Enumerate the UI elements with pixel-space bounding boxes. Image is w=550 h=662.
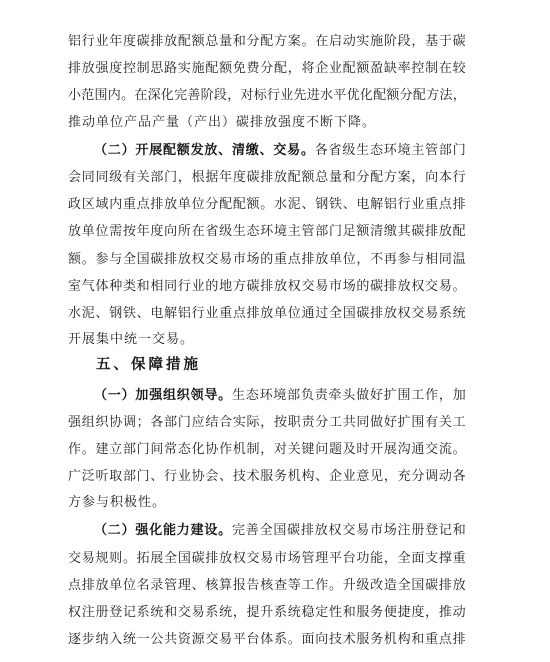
text-run: 易 bbox=[219, 628, 232, 647]
text-run: 交 bbox=[411, 302, 424, 321]
bold-text-run: 、 bbox=[260, 139, 273, 158]
text-run: 分 bbox=[400, 84, 413, 103]
text-run: 支 bbox=[425, 547, 438, 566]
text-run: 先 bbox=[294, 84, 307, 103]
text-run: 推 bbox=[439, 601, 452, 620]
text-run: 管 bbox=[301, 220, 314, 239]
text-run: 态 bbox=[370, 139, 383, 158]
text-line: 室气体种类和相同行业的地方碳排放权交易市场的碳排放权交易。 bbox=[68, 271, 466, 298]
text-run: 业 bbox=[205, 302, 218, 321]
text-run: 环 bbox=[384, 139, 397, 158]
text-run: 好 bbox=[384, 411, 397, 430]
text-run: 。 bbox=[260, 193, 273, 212]
text-run: 所 bbox=[178, 220, 191, 239]
text-run: 总 bbox=[205, 30, 218, 49]
text-line: 点排放单位名录管理、核算报告核查等工作。升级改造全国碳排放 bbox=[68, 570, 466, 597]
text-run: 。 bbox=[453, 438, 466, 457]
text-run: 拓 bbox=[137, 547, 150, 566]
text-run: 题 bbox=[329, 438, 342, 457]
text-run: 工 bbox=[301, 574, 314, 593]
text-run: 水 bbox=[274, 193, 287, 212]
text-run: 种 bbox=[109, 275, 122, 294]
text-run: 制 bbox=[137, 57, 150, 76]
text-run: 系 bbox=[274, 601, 287, 620]
text-run: 放 bbox=[398, 275, 411, 294]
text-run: 管 bbox=[164, 574, 177, 593]
text-run: 逐 bbox=[68, 628, 81, 647]
text-run: ， bbox=[384, 547, 397, 566]
text-run: 系 bbox=[274, 628, 287, 647]
text-run: 方 bbox=[233, 275, 246, 294]
text-run: 核 bbox=[205, 574, 218, 593]
text-run: 泥 bbox=[82, 302, 95, 321]
text-run: 。 bbox=[123, 547, 136, 566]
document-page: 铝行业年度碳排放配额总量和分配方案。在启动实施阶段，基于碳排放强度控制思路实施配… bbox=[0, 0, 550, 662]
text-run: 段 bbox=[398, 30, 411, 49]
text-run: 工 bbox=[329, 411, 342, 430]
text-line: 强组织协调；各部门应结合实际，按职责分工共同做好扩围有关工 bbox=[68, 407, 466, 434]
text-run: 解 bbox=[370, 193, 383, 212]
bold-text-run: 易 bbox=[287, 139, 300, 158]
text-run: 铝 bbox=[68, 30, 81, 49]
text-run: 完 bbox=[232, 519, 245, 538]
text-run: 放 bbox=[315, 248, 328, 267]
text-run: 向 bbox=[425, 166, 438, 185]
text-run: 提 bbox=[247, 601, 260, 620]
text-run: 温 bbox=[453, 248, 466, 267]
text-run: 思 bbox=[150, 57, 163, 76]
text-run: 铝 bbox=[384, 193, 397, 212]
text-run: 范 bbox=[81, 84, 94, 103]
bold-text-run: 一 bbox=[108, 384, 121, 403]
text-run: 面 bbox=[411, 547, 424, 566]
text-run: 交 bbox=[205, 248, 218, 267]
text-run: 内 bbox=[109, 193, 122, 212]
text-run: 织 bbox=[95, 411, 108, 430]
text-run: 、 bbox=[137, 302, 150, 321]
text-run: 分 bbox=[260, 57, 273, 76]
text-run: 业 bbox=[178, 465, 191, 484]
text-run: 位 bbox=[343, 248, 356, 267]
text-line: 额。参与全国碳排放权交易市场的重点排放单位，不再参与相同温 bbox=[68, 244, 466, 271]
text-run: 费 bbox=[247, 57, 260, 76]
text-run: 相 bbox=[425, 248, 438, 267]
text-run: 度 bbox=[233, 166, 246, 185]
text-run: 方 bbox=[426, 84, 439, 103]
text-run: 服 bbox=[356, 628, 369, 647]
text-run: 额 bbox=[356, 57, 369, 76]
text-run: 升 bbox=[343, 574, 356, 593]
text-run: 便 bbox=[384, 601, 397, 620]
text-run: 部 bbox=[164, 411, 177, 430]
text-run: 额 bbox=[301, 166, 314, 185]
bold-text-run: ） bbox=[122, 384, 135, 403]
text-run: 分 bbox=[205, 193, 218, 212]
text-line: 水泥、钢铁、电解铝行业重点排放单位通过全国碳排放权交易系统 bbox=[68, 298, 466, 325]
text-line: （二）强化能力建设。完善全国碳排放权交易市场注册登记和 bbox=[68, 515, 466, 542]
text-run: 协 bbox=[192, 465, 205, 484]
text-run: 源 bbox=[192, 628, 205, 647]
text-run: 交 bbox=[178, 601, 191, 620]
text-run: ， bbox=[227, 84, 240, 103]
text-run: 权 bbox=[288, 275, 301, 294]
text-run: 行 bbox=[453, 166, 466, 185]
text-run: 地 bbox=[219, 275, 232, 294]
text-line: 会同同级有关部门，根据年度碳排放配额总量和分配方案，向本行 bbox=[68, 162, 466, 189]
text-run: 业 bbox=[95, 30, 108, 49]
text-run: 动 bbox=[453, 601, 466, 620]
text-run: 基 bbox=[425, 30, 438, 49]
text-run: 作 bbox=[425, 384, 438, 403]
text-run: ， bbox=[411, 30, 424, 49]
text-line: 政区域内重点排放单位分配配额。水泥、钢铁、电解铝行业重点排 bbox=[68, 189, 466, 216]
text-run: 配 bbox=[219, 193, 232, 212]
text-run: 统 bbox=[123, 628, 136, 647]
text-run: 际 bbox=[247, 411, 260, 430]
bold-text-run: 、 bbox=[218, 139, 231, 158]
text-run: 方 bbox=[274, 30, 287, 49]
text-run: 务 bbox=[370, 628, 383, 647]
text-run: 行 bbox=[398, 193, 411, 212]
text-line: 交易规则。拓展全国碳排放权交易市场管理平台功能，全面支撑重 bbox=[68, 543, 466, 570]
text-run: 和 bbox=[453, 519, 466, 538]
text-run: 机 bbox=[233, 438, 246, 457]
text-run: 、 bbox=[219, 465, 232, 484]
section-heading: 五、保障措施 bbox=[68, 352, 466, 379]
text-run: 排 bbox=[150, 193, 163, 212]
text-run: 重 bbox=[425, 193, 438, 212]
text-run: 配 bbox=[373, 84, 386, 103]
text-run: 根 bbox=[192, 166, 205, 185]
text-run: 推动单位产品产量（产出）碳排放强度不断下降。 bbox=[68, 114, 376, 129]
text-run: 全 bbox=[123, 248, 136, 267]
text-run: 易 bbox=[260, 547, 273, 566]
text-run: 算 bbox=[219, 574, 232, 593]
text-run: 易 bbox=[356, 519, 369, 538]
text-run: 协 bbox=[109, 411, 122, 430]
text-run: 系 bbox=[439, 302, 452, 321]
text-run: 位 bbox=[192, 193, 205, 212]
text-run: 市 bbox=[329, 275, 342, 294]
text-run: 动 bbox=[439, 465, 452, 484]
text-run: 和 bbox=[343, 166, 356, 185]
text-run: 和 bbox=[411, 628, 424, 647]
text-run: 本 bbox=[439, 166, 452, 185]
text-run: 政 bbox=[68, 193, 81, 212]
text-run: 方 bbox=[384, 166, 397, 185]
text-run: 通 bbox=[301, 302, 314, 321]
text-run: 体 bbox=[95, 275, 108, 294]
text-run: 碳 bbox=[453, 30, 466, 49]
text-run: 参 bbox=[95, 248, 108, 267]
text-run: 同 bbox=[82, 166, 95, 185]
text-run: 量 bbox=[329, 166, 342, 185]
text-run: 环 bbox=[260, 220, 273, 239]
text-run: 率 bbox=[398, 57, 411, 76]
text-run: 交 bbox=[342, 519, 355, 538]
text-run: 全 bbox=[398, 547, 411, 566]
text-run: 碳 bbox=[411, 220, 424, 239]
text-run: 额 bbox=[247, 193, 260, 212]
text-run: 统 bbox=[453, 302, 466, 321]
bold-text-run: 。 bbox=[218, 519, 231, 538]
bold-text-run: 力 bbox=[177, 519, 190, 538]
text-run: ， bbox=[288, 57, 301, 76]
text-run: 纳 bbox=[95, 628, 108, 647]
text-run: 配 bbox=[274, 57, 287, 76]
text-run: 加 bbox=[453, 384, 466, 403]
text-run: 放 bbox=[178, 248, 191, 267]
text-run: 在 bbox=[439, 57, 452, 76]
text-run: 泥 bbox=[288, 193, 301, 212]
text-line: 开展集中统一交易。 bbox=[68, 325, 466, 352]
bold-text-run: 加 bbox=[135, 384, 148, 403]
text-run: 台 bbox=[343, 547, 356, 566]
text-run: 深 bbox=[148, 84, 161, 103]
bold-text-run: 放 bbox=[204, 139, 217, 158]
text-run: 企 bbox=[329, 465, 342, 484]
text-run: 交 bbox=[425, 438, 438, 457]
text-run: 牵 bbox=[329, 384, 342, 403]
text-run: 位 bbox=[95, 220, 108, 239]
text-run: 易 bbox=[425, 302, 438, 321]
text-run: 调 bbox=[123, 411, 136, 430]
text-run: 气 bbox=[82, 275, 95, 294]
bold-text-run: 设 bbox=[204, 519, 217, 538]
text-run: 省 bbox=[329, 139, 342, 158]
text-run: 位 bbox=[288, 302, 301, 321]
text-run: 行 bbox=[192, 302, 205, 321]
text-run: 交 bbox=[247, 547, 260, 566]
bold-text-run: 能 bbox=[163, 519, 176, 538]
text-run: 、 bbox=[343, 193, 356, 212]
text-run: 围 bbox=[398, 384, 411, 403]
text-run: 分 bbox=[411, 465, 424, 484]
bold-text-run: 建 bbox=[191, 519, 204, 538]
text-run: 业 bbox=[192, 275, 205, 294]
text-run: 重 bbox=[453, 547, 466, 566]
text-run: 控 bbox=[123, 57, 136, 76]
text-run: 平 bbox=[333, 84, 346, 103]
text-line: 广泛听取部门、行业协会、技术服务机构、企业意见，充分调动各 bbox=[68, 461, 466, 488]
text-run: 。 bbox=[82, 438, 95, 457]
text-run: 免 bbox=[233, 57, 246, 76]
text-run: 排 bbox=[301, 519, 314, 538]
bold-text-run: 强 bbox=[149, 384, 162, 403]
text-run: 清 bbox=[370, 220, 383, 239]
text-run: 意 bbox=[356, 465, 369, 484]
text-run: 态 bbox=[246, 384, 259, 403]
text-run: 配 bbox=[260, 30, 273, 49]
text-run: 不 bbox=[370, 248, 383, 267]
text-run: 会 bbox=[205, 465, 218, 484]
text-run: 配 bbox=[453, 220, 466, 239]
text-run: 工 bbox=[411, 384, 424, 403]
text-run: 名 bbox=[137, 574, 150, 593]
text-run: ， bbox=[260, 411, 273, 430]
text-run: 稳 bbox=[301, 601, 314, 620]
text-run: ， bbox=[384, 465, 397, 484]
text-run: 放 bbox=[260, 302, 273, 321]
text-run: 构 bbox=[301, 465, 314, 484]
text-run: 务 bbox=[370, 601, 383, 620]
text-run: 告 bbox=[247, 574, 260, 593]
text-run: 放 bbox=[164, 193, 177, 212]
text-run: 和 bbox=[343, 601, 356, 620]
text-run: 放 bbox=[219, 547, 232, 566]
text-run: 共 bbox=[343, 411, 356, 430]
text-line: 权注册登记系统和交易系统，提升系统稳定性和服务便捷度，推动 bbox=[68, 597, 466, 624]
text-run: 功 bbox=[356, 547, 369, 566]
text-run: 解 bbox=[164, 302, 177, 321]
text-run: 分 bbox=[315, 411, 328, 430]
text-run: 和 bbox=[233, 30, 246, 49]
text-run: 定 bbox=[315, 601, 328, 620]
text-run: 作 bbox=[68, 438, 81, 457]
text-run: 易 bbox=[192, 601, 205, 620]
bold-text-run: 。 bbox=[218, 384, 231, 403]
text-run: 配 bbox=[370, 166, 383, 185]
text-run: 易 bbox=[315, 275, 328, 294]
text-run: 服 bbox=[356, 601, 369, 620]
text-run: 机 bbox=[384, 628, 397, 647]
text-run: 组 bbox=[82, 411, 95, 430]
text-run: 服 bbox=[260, 465, 273, 484]
text-run: 做 bbox=[356, 384, 369, 403]
text-run: 年 bbox=[109, 30, 122, 49]
text-line: 小范围内。在深化完善阶段，对标行业先进水平优化配额分配方法， bbox=[68, 80, 466, 107]
text-run: 统 bbox=[219, 601, 232, 620]
text-run: 。 bbox=[121, 84, 134, 103]
text-run: 内 bbox=[108, 84, 121, 103]
text-run: 全 bbox=[260, 519, 273, 538]
text-run: 、 bbox=[150, 465, 163, 484]
text-run: 排 bbox=[370, 302, 383, 321]
text-run: 技 bbox=[329, 628, 342, 647]
text-run: 性 bbox=[329, 601, 342, 620]
text-run: 动 bbox=[343, 30, 356, 49]
text-run: 完 bbox=[174, 84, 187, 103]
text-run: 做 bbox=[370, 411, 383, 430]
text-run: 实 bbox=[356, 30, 369, 49]
text-run: 门 bbox=[453, 139, 466, 158]
text-run: 额 bbox=[356, 220, 369, 239]
text-run: 点 bbox=[137, 193, 150, 212]
text-run: 充 bbox=[398, 465, 411, 484]
text-run: 较 bbox=[453, 57, 466, 76]
text-run: 规 bbox=[95, 547, 108, 566]
text-run: 放 bbox=[95, 574, 108, 593]
text-run: 国 bbox=[343, 302, 356, 321]
text-run: 度 bbox=[150, 220, 163, 239]
text-run: 过 bbox=[315, 302, 328, 321]
text-run: 易 bbox=[219, 248, 232, 267]
text-run: 键 bbox=[301, 438, 314, 457]
text-run: 会 bbox=[68, 166, 81, 185]
text-run: 术 bbox=[343, 628, 356, 647]
text-run: 放 bbox=[164, 30, 177, 49]
text-run: 围 bbox=[95, 84, 108, 103]
text-run: 统 bbox=[288, 601, 301, 620]
text-run: 重 bbox=[123, 193, 136, 212]
text-run: 市 bbox=[274, 547, 287, 566]
text-run: 时 bbox=[356, 438, 369, 457]
text-run: 企 bbox=[315, 57, 328, 76]
text-run: 制 bbox=[247, 438, 260, 457]
bold-text-run: 。 bbox=[301, 139, 314, 158]
text-run: 同 bbox=[164, 275, 177, 294]
text-run: 流 bbox=[439, 438, 452, 457]
text-run: 放 bbox=[274, 275, 287, 294]
text-run: 案 bbox=[398, 166, 411, 185]
text-run: 量 bbox=[219, 30, 232, 49]
text-run: 对 bbox=[274, 438, 287, 457]
text-run: 水 bbox=[320, 84, 333, 103]
bold-text-run: 导 bbox=[204, 384, 217, 403]
text-run: 注 bbox=[82, 601, 95, 620]
text-run: 点 bbox=[288, 248, 301, 267]
text-run: 排 bbox=[150, 30, 163, 49]
text-run: 术 bbox=[247, 465, 260, 484]
text-run: 排 bbox=[164, 248, 177, 267]
text-run: 年 bbox=[137, 220, 150, 239]
text-line: 方参与积极性。 bbox=[68, 488, 466, 515]
text-run: 技 bbox=[233, 465, 246, 484]
text-run: 能 bbox=[370, 547, 383, 566]
text-run: 同 bbox=[95, 166, 108, 185]
text-run: 相 bbox=[150, 275, 163, 294]
text-run: 统 bbox=[150, 601, 163, 620]
text-run: 门 bbox=[137, 438, 150, 457]
text-run: 对 bbox=[240, 84, 253, 103]
text-run: ， bbox=[356, 248, 369, 267]
text-run: 登 bbox=[425, 519, 438, 538]
text-run: 缺 bbox=[384, 57, 397, 76]
text-run: 碳 bbox=[192, 547, 205, 566]
text-run: 与 bbox=[411, 248, 424, 267]
text-run: 注 bbox=[398, 519, 411, 538]
text-run: 铁 bbox=[123, 302, 136, 321]
text-run: 体 bbox=[260, 628, 273, 647]
text-run: 需 bbox=[109, 220, 122, 239]
text-run: 实 bbox=[233, 411, 246, 430]
text-run: 生 bbox=[232, 384, 245, 403]
text-run: 域 bbox=[95, 193, 108, 212]
text-run: 分 bbox=[356, 166, 369, 185]
text-run: 责 bbox=[315, 384, 328, 403]
text-run: 将 bbox=[301, 57, 314, 76]
text-run: 化 bbox=[360, 84, 373, 103]
text-run: 配 bbox=[343, 57, 356, 76]
text-run: 业 bbox=[343, 465, 356, 484]
text-run: 施 bbox=[370, 30, 383, 49]
text-run: 立 bbox=[109, 438, 122, 457]
text-run: 。 bbox=[301, 30, 314, 49]
text-run: 控 bbox=[411, 57, 424, 76]
bold-text-run: （ bbox=[94, 384, 107, 403]
text-run: 构 bbox=[398, 628, 411, 647]
text-run: 配 bbox=[233, 193, 246, 212]
text-run: 场 bbox=[247, 248, 260, 267]
text-run: 盈 bbox=[370, 57, 383, 76]
text-run: 在 bbox=[134, 84, 147, 103]
text-run: 共 bbox=[164, 628, 177, 647]
bold-text-run: 二 bbox=[108, 139, 121, 158]
bold-text-run: 额 bbox=[177, 139, 190, 158]
text-run: 业 bbox=[329, 57, 342, 76]
text-run: 足 bbox=[343, 220, 356, 239]
text-run: 善 bbox=[246, 519, 259, 538]
